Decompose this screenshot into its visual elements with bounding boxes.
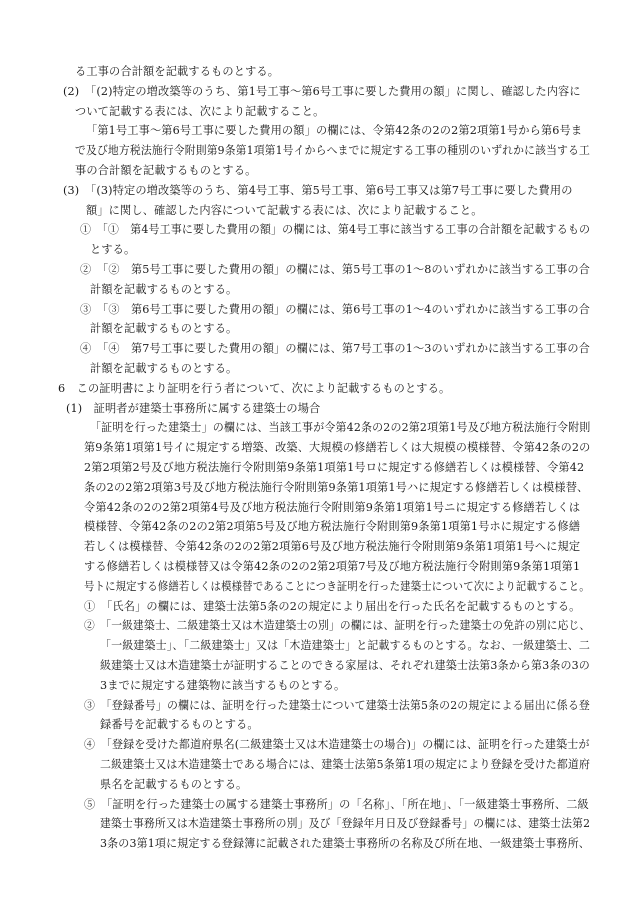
- text-line: (1) 証明者が建築士事務所に属する建築士の場合: [66, 399, 320, 419]
- text-line: 若しくは模様替、令第42条の2の2第2項第6号及び地方税法施行令附則第9条第1項…: [84, 537, 580, 557]
- text-line: 条の2の2第2項第3号及び地方税法施行令附則第9条第1項第1号ハに規定する修繕若…: [84, 478, 588, 498]
- text-line: ④ 「登録を受けた都道府県名(二級建築士又は木造建築士の場合)」の欄には、証明を…: [84, 735, 590, 755]
- text-line: する修繕若しくは模様替又は令第42条の2の2第2項第7号及び地方税法施行令附則第…: [84, 557, 580, 577]
- text-line: とする。: [90, 240, 135, 260]
- text-line: 「一級建築士」、「二級建築士」又は「木造建築士」と記載するものとする。なお、一級…: [100, 636, 590, 656]
- text-line: ⑤ 「証明を行った建築士の属する建築士事務所」の「名称」、「所在地」、「一級建築…: [84, 795, 589, 815]
- text-line: 号トに規定する修繕若しくは模様替であることにつき証明を行った建築士について次によ…: [84, 577, 590, 597]
- text-line: 計額を記載するものとする。: [90, 319, 237, 339]
- text-line: 県名を記載するものとする。: [100, 775, 247, 795]
- text-line: ③ 「登録番号」の欄には、証明を行った建築士について建築士法第5条の2の規定によ…: [84, 696, 590, 716]
- text-line: ① 「氏名」の欄には、建築士法第5条の2の規定により届出を行った氏名を記載するも…: [84, 597, 580, 617]
- text-line: 令第42条の2の2第2項第4号及び地方税法施行令附則第9条第1項第1号ニに規定す…: [84, 498, 580, 518]
- text-line: 事の合計額を記載するものとする。: [75, 161, 256, 181]
- text-line: 額」に関し、確認した内容について記載する表には、次により記載すること。: [86, 201, 483, 221]
- text-line: 6 この証明書により証明を行う者について、次により記載するものとする。: [58, 379, 450, 399]
- text-line: 計額を記載するものとする。: [90, 359, 237, 379]
- text-line: 第9条第1項第1号イに規定する増築、改築、大規模の修繕若しくは大規模の模様替、令…: [84, 438, 590, 458]
- text-line: ④ 「④ 第7号工事に要した費用の額」の欄には、第7号工事の1〜3のいずれかに該…: [80, 339, 590, 359]
- text-line: る工事の合計額を記載するものとする。: [75, 62, 279, 82]
- text-line: で及び地方税法施行令附則第9条第1項第1号イからへまでに規定する工事の種別のいず…: [75, 141, 590, 161]
- text-line: (2) 「(2)特定の増改築等のうち、第1号工事〜第6号工事に要した費用の額」に…: [63, 82, 581, 102]
- text-line: 2第2項第2号及び地方税法施行令附則第9条第1項第1号ロに規定する修繕若しくは模…: [84, 458, 584, 478]
- text-line: 「証明を行った建築士」の欄には、当該工事が令第42条の2の2第2項第1号及び地方…: [90, 418, 590, 438]
- text-line: ② 「一級建築士、二級建築士又は木造建築士の別」の欄には、証明を行った建築士の免…: [84, 616, 590, 636]
- text-line: 録番号を記載するものとする。: [100, 715, 259, 735]
- text-line: 「第1号工事〜第6号工事に要した費用の額」の欄には、令第42条の2の2第2項第1…: [86, 121, 582, 141]
- document-page: る工事の合計額を記載するものとする。(2) 「(2)特定の増改築等のうち、第1号…: [0, 0, 630, 903]
- text-line: ① 「① 第4号工事に要した費用の額」の欄には、第4号工事に該当する工事の合計額…: [80, 220, 590, 240]
- text-line: 級建築士又は木造建築士が証明することのできる家屋は、それぞれ建築士法第3条から第…: [100, 656, 590, 676]
- text-line: 建築士事務所又は木造建築士事務所の別」及び「登録年月日及び登録番号」の欄には、建…: [100, 814, 590, 834]
- text-line: ついて記載する表には、次により記載すること。: [75, 102, 324, 122]
- text-line: 3までに規定する建築物に該当するものとする。: [100, 676, 345, 696]
- text-line: 3条の3第1項に規定する登録簿に記載された建築士事務所の名称及び所在地、一級建築…: [100, 834, 590, 854]
- text-line: 二級建築士又は木造建築士である場合には、建築士法第5条第1項の規定により登録を受…: [100, 755, 590, 775]
- text-line: (3) 「(3)特定の増改築等のうち、第4号工事、第5号工事、第6号工事又は第7…: [63, 181, 573, 201]
- text-line: ③ 「③ 第6号工事に要した費用の額」の欄には、第6号工事の1〜4のいずれかに該…: [80, 300, 590, 320]
- text-line: 計額を記載するものとする。: [90, 280, 237, 300]
- text-line: 模様替、令第42条の2の2第2項第5号及び地方税法施行令附則第9条第1項第1号ホ…: [84, 517, 580, 537]
- text-line: ② 「② 第5号工事に要した費用の額」の欄には、第5号工事の1〜8のいずれかに該…: [80, 260, 590, 280]
